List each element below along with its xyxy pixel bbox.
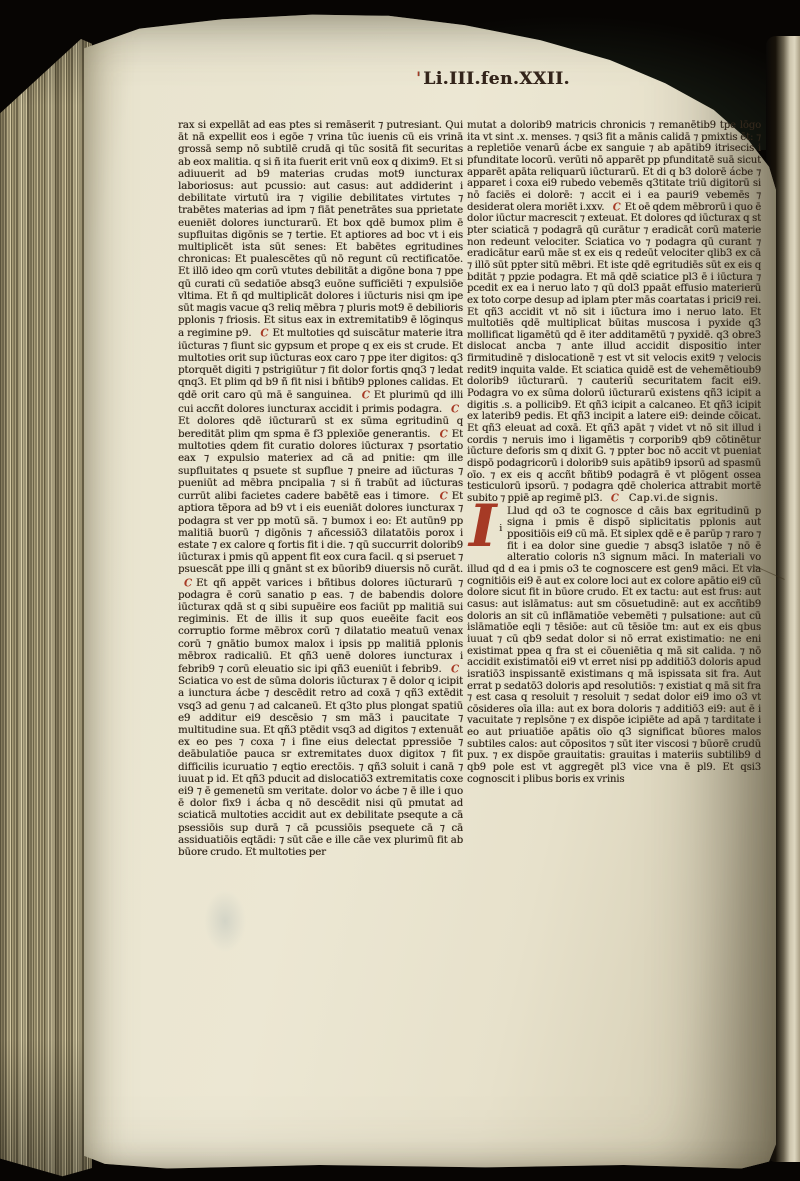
body-text: Et dolores qdē iūcturarū st ex sūma egri…: [178, 416, 463, 440]
paragraph-mark: C: [607, 201, 625, 214]
body-text: rax si expellāt ad eas ptes si remāserit…: [178, 120, 463, 339]
body-text: Et aptiora tēpora ad b9 vt i eis eueniāt…: [178, 491, 463, 575]
book-photo: 'Li.III.fen.XXII. rax si expellāt ad eas…: [0, 0, 800, 1181]
paragraph-mark: C: [605, 492, 623, 505]
drop-cap-wrap: I i: [467, 507, 503, 554]
body-text: Et oē qdem mēbrorū i quo ē dolor iūctur …: [467, 202, 761, 504]
right-column: mutat a dolorib9 matricis chronicis ⁊ re…: [467, 120, 761, 958]
chapter-opening-paragraph: I i Llud qd o3 te cognosce d cāis bax eg…: [467, 506, 761, 786]
guide-letter: i: [499, 524, 502, 536]
paragraph-mark: C: [445, 662, 463, 676]
paragraph-mark: C: [434, 489, 452, 503]
paragraph-mark: C: [178, 576, 196, 590]
book-fore-edge: [0, 0, 92, 1181]
paragraph-mark: C: [254, 327, 272, 341]
paragraph-mark: C: [434, 427, 452, 441]
body-text: mutat a dolorib9 matricis chronicis ⁊ re…: [467, 120, 761, 213]
paragraph-mark: C: [445, 402, 463, 416]
right-column-flow: mutat a dolorib9 matricis chronicis ⁊ re…: [467, 120, 761, 504]
left-column: rax si expellāt ad eas ptes si remāserit…: [178, 120, 463, 952]
paragraph-mark: C: [356, 389, 374, 403]
drop-cap-initial: I: [469, 501, 496, 551]
running-title-text: Li.III.fen.XXII.: [423, 69, 570, 89]
body-text: Llud qd o3 te cognosce d cāis bax egritu…: [467, 506, 761, 785]
body-text: Et qñ appēt varices i bñtibus dolores iū…: [178, 578, 463, 675]
body-text: Sciatica vo est de sūma doloris iūcturax…: [178, 676, 463, 858]
chapter-heading: Cap.vi.de signis.: [623, 493, 719, 504]
running-title: 'Li.III.fen.XXII.: [398, 69, 588, 89]
